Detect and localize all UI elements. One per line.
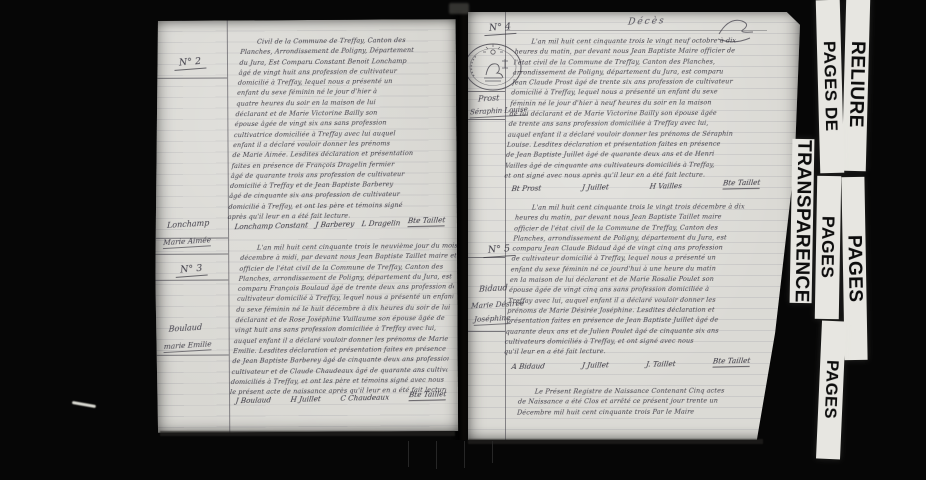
handwritten-line: Bte Taillet bbox=[408, 389, 447, 401]
handwritten-line: Bt Prost bbox=[511, 184, 542, 194]
handwritten-line: J. Taillet bbox=[645, 359, 676, 369]
margin-name-entry3-line2: marie Emilie bbox=[164, 339, 212, 353]
book-headband bbox=[449, 3, 469, 14]
handwritten-line: J Barberey bbox=[315, 219, 355, 229]
margin-name-entry2-line2: Marie Aimée bbox=[163, 235, 211, 249]
archival-register-scan: N° 2 Lonchamp Marie Aimée N° 3 Boulaud m… bbox=[0, 0, 926, 480]
handwritten-line: Bte Taillet bbox=[407, 215, 446, 227]
handwritten-line: Bte Taillet bbox=[722, 178, 761, 190]
handwritten-line: C Chaudeaux bbox=[340, 393, 390, 403]
act-5-signatures: A BidaudJ JuilletJ. TailletBte Taillet bbox=[511, 356, 751, 371]
condition-label-pages-tachees: PAGES TACHEES bbox=[815, 176, 841, 319]
register-right-page: N° 4 Prost Séraphin Louise N° 5 Bidaud M… bbox=[468, 12, 800, 440]
act-number-5: N° 5 bbox=[483, 243, 516, 258]
margin-divider bbox=[156, 354, 229, 355]
condition-label-reliure-etroite: RELIURE ETROITE bbox=[842, 0, 871, 171]
margin-rule-left-page bbox=[227, 20, 231, 432]
left-page-bottom-edge bbox=[160, 431, 455, 436]
right-page-bottom-edge bbox=[468, 439, 763, 444]
margin-name-entry3: Boulaud bbox=[168, 323, 202, 334]
handwritten-line: J Juillet bbox=[582, 182, 610, 191]
act-4-handwritten-text: L'an mil huit cent cinquante trois le vi… bbox=[504, 35, 778, 181]
margin-divider bbox=[155, 279, 228, 280]
act-number-2: N° 2 bbox=[174, 56, 207, 71]
condition-label-transparence: TRANSPARENCE bbox=[790, 139, 815, 303]
margin-name-entry2: Lonchamp bbox=[167, 218, 210, 230]
handwritten-line: L Dragelin bbox=[361, 218, 401, 228]
handwritten-line: Bte Taillet bbox=[712, 356, 751, 368]
page-block-streak bbox=[408, 441, 409, 467]
background-scratch-mark bbox=[72, 401, 96, 408]
handwritten-line: Lonchamp Constant bbox=[234, 221, 308, 232]
handwritten-line: Décembre mil huit cent cinquante trois P… bbox=[517, 406, 768, 418]
act-number-3: N° 3 bbox=[175, 263, 208, 278]
page-header-script: Décès bbox=[627, 16, 666, 27]
margin-divider bbox=[154, 77, 227, 78]
act-number-4: N° 4 bbox=[484, 21, 517, 36]
page-block-streak bbox=[464, 441, 465, 468]
condition-label-pages-de-couleur: PAGES DE COULEUR bbox=[816, 0, 845, 173]
act-3-handwritten-text: L'an mil huit cent cinquante trois le ne… bbox=[230, 241, 458, 398]
act-2-handwritten-text: Civil de la Commune de Treffay, Canton d… bbox=[227, 35, 457, 223]
handwritten-line: H Vailles bbox=[649, 181, 682, 191]
margin-divider bbox=[155, 253, 228, 254]
handwritten-line: H Juillet bbox=[290, 394, 321, 404]
condition-label-pages-abimees: PAGES ABIMEES bbox=[816, 321, 846, 460]
page-block-streak bbox=[436, 441, 437, 469]
margin-divider bbox=[468, 331, 505, 332]
margin-name-entry5: Bidaud bbox=[479, 283, 508, 294]
margin-name-entry4: Prost bbox=[478, 93, 500, 103]
handwritten-line: J Boulaud bbox=[235, 395, 271, 405]
act-5-handwritten-text: L'an mil huit cent cinquante trois le vi… bbox=[504, 201, 779, 357]
handwritten-line: J Juillet bbox=[582, 360, 610, 369]
page-block-streak bbox=[492, 441, 493, 463]
register-closing-statement: Le Présent Registre de Naissance Contena… bbox=[517, 385, 770, 417]
margin-divider bbox=[468, 119, 505, 120]
handwritten-line: A Bidaud bbox=[511, 361, 545, 371]
register-left-page: N° 2 Lonchamp Marie Aimée N° 3 Boulaud m… bbox=[154, 19, 459, 433]
